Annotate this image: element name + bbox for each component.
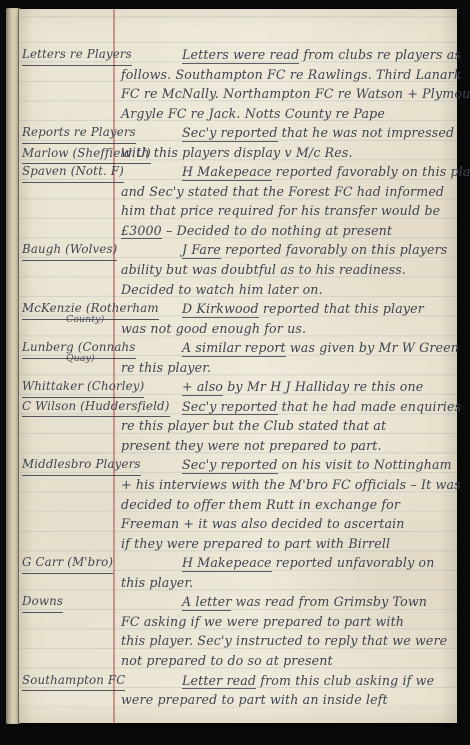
line-text: + his interviews with the M'bro FC offic… <box>121 477 461 492</box>
margin-label-block: Lunberg (ConnahsQuay) <box>22 338 119 363</box>
margin-label: Letters re Players <box>22 45 132 66</box>
body-line: FC asking if we were prepared to part wi… <box>121 612 461 632</box>
line-text: was given by Mr W Green <box>286 340 459 355</box>
margin-label: Spaven (Nott. F) <box>22 162 124 183</box>
margin-label-block: Southampton FC <box>22 671 119 692</box>
minute-entry: McKenzie (RotherhamCounty)D Kirkwood rep… <box>121 299 461 338</box>
line-text: re this player but the Club stated that … <box>121 418 386 433</box>
underlined-phrase: J Fare <box>182 242 221 259</box>
underlined-phrase: Sec'y reported <box>182 125 278 142</box>
body-line: Letters were read from clubs re players … <box>121 45 461 65</box>
line-text: were prepared to part with an inside lef… <box>121 692 388 707</box>
body-line: was not good enough for us. <box>121 319 461 339</box>
underlined-phrase: H Makepeace <box>182 555 272 572</box>
body-line: him that price required for his transfer… <box>121 201 461 221</box>
underlined-phrase: £3000 <box>121 223 162 240</box>
body-line: this player. Sec'y instructed to reply t… <box>121 631 461 651</box>
minute-entry: DownsA letter was read from Grimsby Town… <box>121 592 461 670</box>
body-line: Letter read from this club asking if we <box>121 671 461 691</box>
line-text: was not good enough for us. <box>121 321 306 336</box>
minute-entry: Whittaker (Chorley)+ also by Mr H J Hall… <box>121 377 461 397</box>
margin-label: Reports re Players <box>22 123 136 144</box>
body-line: + also by Mr H J Halliday re this one <box>121 377 461 397</box>
margin-label-block: Whittaker (Chorley) <box>22 377 119 398</box>
line-text: Freeman + it was also decided to ascerta… <box>121 516 405 531</box>
line-text: Decided to watch him later on. <box>121 282 323 297</box>
line-text: that he was not impressed <box>278 125 455 140</box>
line-text: reported unfavorably on <box>272 555 435 570</box>
body-line: A letter was read from Grimsby Town <box>121 592 461 612</box>
underlined-phrase: H Makepeace <box>182 164 272 181</box>
line-text: follows. Southampton FC re Rawlings. Thi… <box>121 67 462 82</box>
body-line: were prepared to part with an inside lef… <box>121 690 461 710</box>
body-line: and Sec'y stated that the Forest FC had … <box>121 182 461 202</box>
body-line: £3000 – Decided to do nothing at present <box>121 221 461 241</box>
minute-entry: Middlesbro PlayersSec'y reported on his … <box>121 455 461 553</box>
body-line: re this player but the Club stated that … <box>121 416 461 436</box>
line-text: with this players display v M/c Res. <box>121 145 353 160</box>
margin-label: Downs <box>22 592 63 613</box>
margin-label-block: C Wilson (Huddersfield) <box>22 397 119 418</box>
line-text: by Mr H J Halliday re this one <box>223 379 423 394</box>
margin-label-block: Middlesbro Players <box>22 455 119 476</box>
body-line: re this player. <box>121 358 461 378</box>
margin-label-block: Reports re PlayersMarlow (Sheffield U) <box>22 123 119 164</box>
minutes-content: Letters re PlayersLetters were read from… <box>121 45 461 710</box>
line-text: – Decided to do nothing at present <box>162 223 392 238</box>
line-text: from clubs re players as <box>299 47 461 62</box>
body-line: Sec'y reported that he was not impressed <box>121 123 461 143</box>
underlined-phrase: D Kirkwood <box>182 301 259 318</box>
body-line: Argyle FC re Jack. Notts County re Pape <box>121 104 461 124</box>
minute-entry: G Carr (M'bro)H Makepeace reported unfav… <box>121 553 461 592</box>
margin-sublabel: Quay) <box>22 354 119 363</box>
line-text: this player. <box>121 575 193 590</box>
body-line: D Kirkwood reported that this player <box>121 299 461 319</box>
line-text: him that price required for his transfer… <box>121 203 440 218</box>
line-text: re this player. <box>121 360 211 375</box>
body-line: decided to offer them Rutt in exchange f… <box>121 495 461 515</box>
body-line: H Makepeace reported favorably on this p… <box>121 162 461 182</box>
margin-label: Middlesbro Players <box>22 455 141 476</box>
underlined-phrase: Sec'y reported <box>182 399 278 416</box>
line-text: present they were not prepared to part. <box>121 438 382 453</box>
line-text: decided to offer them Rutt in exchange f… <box>121 497 400 512</box>
underlined-phrase: Letter read <box>182 673 256 690</box>
line-text: reported that this player <box>259 301 424 316</box>
body-line: follows. Southampton FC re Rawlings. Thi… <box>121 65 461 85</box>
body-line: FC re McNally. Northampton FC re Watson … <box>121 84 461 104</box>
line-text: reported favorably on this player <box>272 164 470 179</box>
line-text: this player. Sec'y instructed to reply t… <box>121 633 447 648</box>
body-line: Sec'y reported that he had made enquirie… <box>121 397 461 417</box>
underlined-phrase: + also <box>182 379 223 396</box>
margin-label: Whittaker (Chorley) <box>22 377 144 398</box>
body-line: Decided to watch him later on. <box>121 280 461 300</box>
minute-entry: Letters re PlayersLetters were read from… <box>121 45 461 123</box>
underlined-phrase: A letter <box>182 594 231 611</box>
line-text: on his visit to Nottingham <box>278 457 452 472</box>
line-text: Argyle FC re Jack. Notts County re Pape <box>121 106 385 121</box>
body-line: ability but was doubtful as to his readi… <box>121 260 461 280</box>
margin-label-block: Spaven (Nott. F) <box>22 162 119 183</box>
line-text: ability but was doubtful as to his readi… <box>121 262 406 277</box>
underlined-phrase: Sec'y reported <box>182 457 278 474</box>
margin-label-block: Letters re Players <box>22 45 119 66</box>
body-line: with this players display v M/c Res. <box>121 143 461 163</box>
minute-entry: Baugh (Wolves)J Fare reported favorably … <box>121 240 461 299</box>
underlined-phrase: Letters were read <box>182 47 299 64</box>
body-line: Freeman + it was also decided to ascerta… <box>121 514 461 534</box>
body-line: not prepared to do so at present <box>121 651 461 671</box>
minute-entry: Lunberg (ConnahsQuay)A similar report wa… <box>121 338 461 377</box>
margin-label-block: McKenzie (RotherhamCounty) <box>22 299 119 324</box>
minute-entry: Southampton FCLetter read from this club… <box>121 671 461 710</box>
margin-label: Marlow (Sheffield U) <box>22 144 151 165</box>
margin-label: C Wilson (Huddersfield) <box>22 397 170 418</box>
line-text: reported favorably on this players <box>221 242 448 257</box>
margin-label-block: Downs <box>22 592 119 613</box>
margin-label: Southampton FC <box>22 671 125 692</box>
margin-sublabel: County) <box>22 315 119 324</box>
body-line: present they were not prepared to part. <box>121 436 461 456</box>
line-text: from this club asking if we <box>256 673 434 688</box>
body-line: if they were prepared to part with Birre… <box>121 534 461 554</box>
line-text: was read from Grimsby Town <box>231 594 427 609</box>
line-text: that he had made enquiries <box>278 399 462 414</box>
body-line: A similar report was given by Mr W Green <box>121 338 461 358</box>
margin-label: G Carr (M'bro) <box>22 553 113 574</box>
minute-entry: Spaven (Nott. F)H Makepeace reported fav… <box>121 162 461 240</box>
line-text: not prepared to do so at present <box>121 653 333 668</box>
body-line: J Fare reported favorably on this player… <box>121 240 461 260</box>
minute-entry: C Wilson (Huddersfield)Sec'y reported th… <box>121 397 461 456</box>
margin-label-block: G Carr (M'bro) <box>22 553 119 574</box>
margin-label-block: Baugh (Wolves) <box>22 240 119 261</box>
underlined-phrase: A similar report <box>182 340 286 357</box>
body-line: + his interviews with the M'bro FC offic… <box>121 475 461 495</box>
body-line: H Makepeace reported unfavorably on <box>121 553 461 573</box>
line-text: and Sec'y stated that the Forest FC had … <box>121 184 444 199</box>
red-margin-rule <box>113 9 115 723</box>
photo-frame: Letters re PlayersLetters were read from… <box>0 0 470 745</box>
line-text: FC asking if we were prepared to part wi… <box>121 614 404 629</box>
line-text: if they were prepared to part with Birre… <box>121 536 390 551</box>
body-line: this player. <box>121 573 461 593</box>
manuscript-page: Letters re PlayersLetters were read from… <box>19 9 457 723</box>
margin-label: Baugh (Wolves) <box>22 240 117 261</box>
body-line: Sec'y reported on his visit to Nottingha… <box>121 455 461 475</box>
line-text: FC re McNally. Northampton FC re Watson … <box>121 86 470 101</box>
minute-entry: Reports re PlayersMarlow (Sheffield U)Se… <box>121 123 461 162</box>
